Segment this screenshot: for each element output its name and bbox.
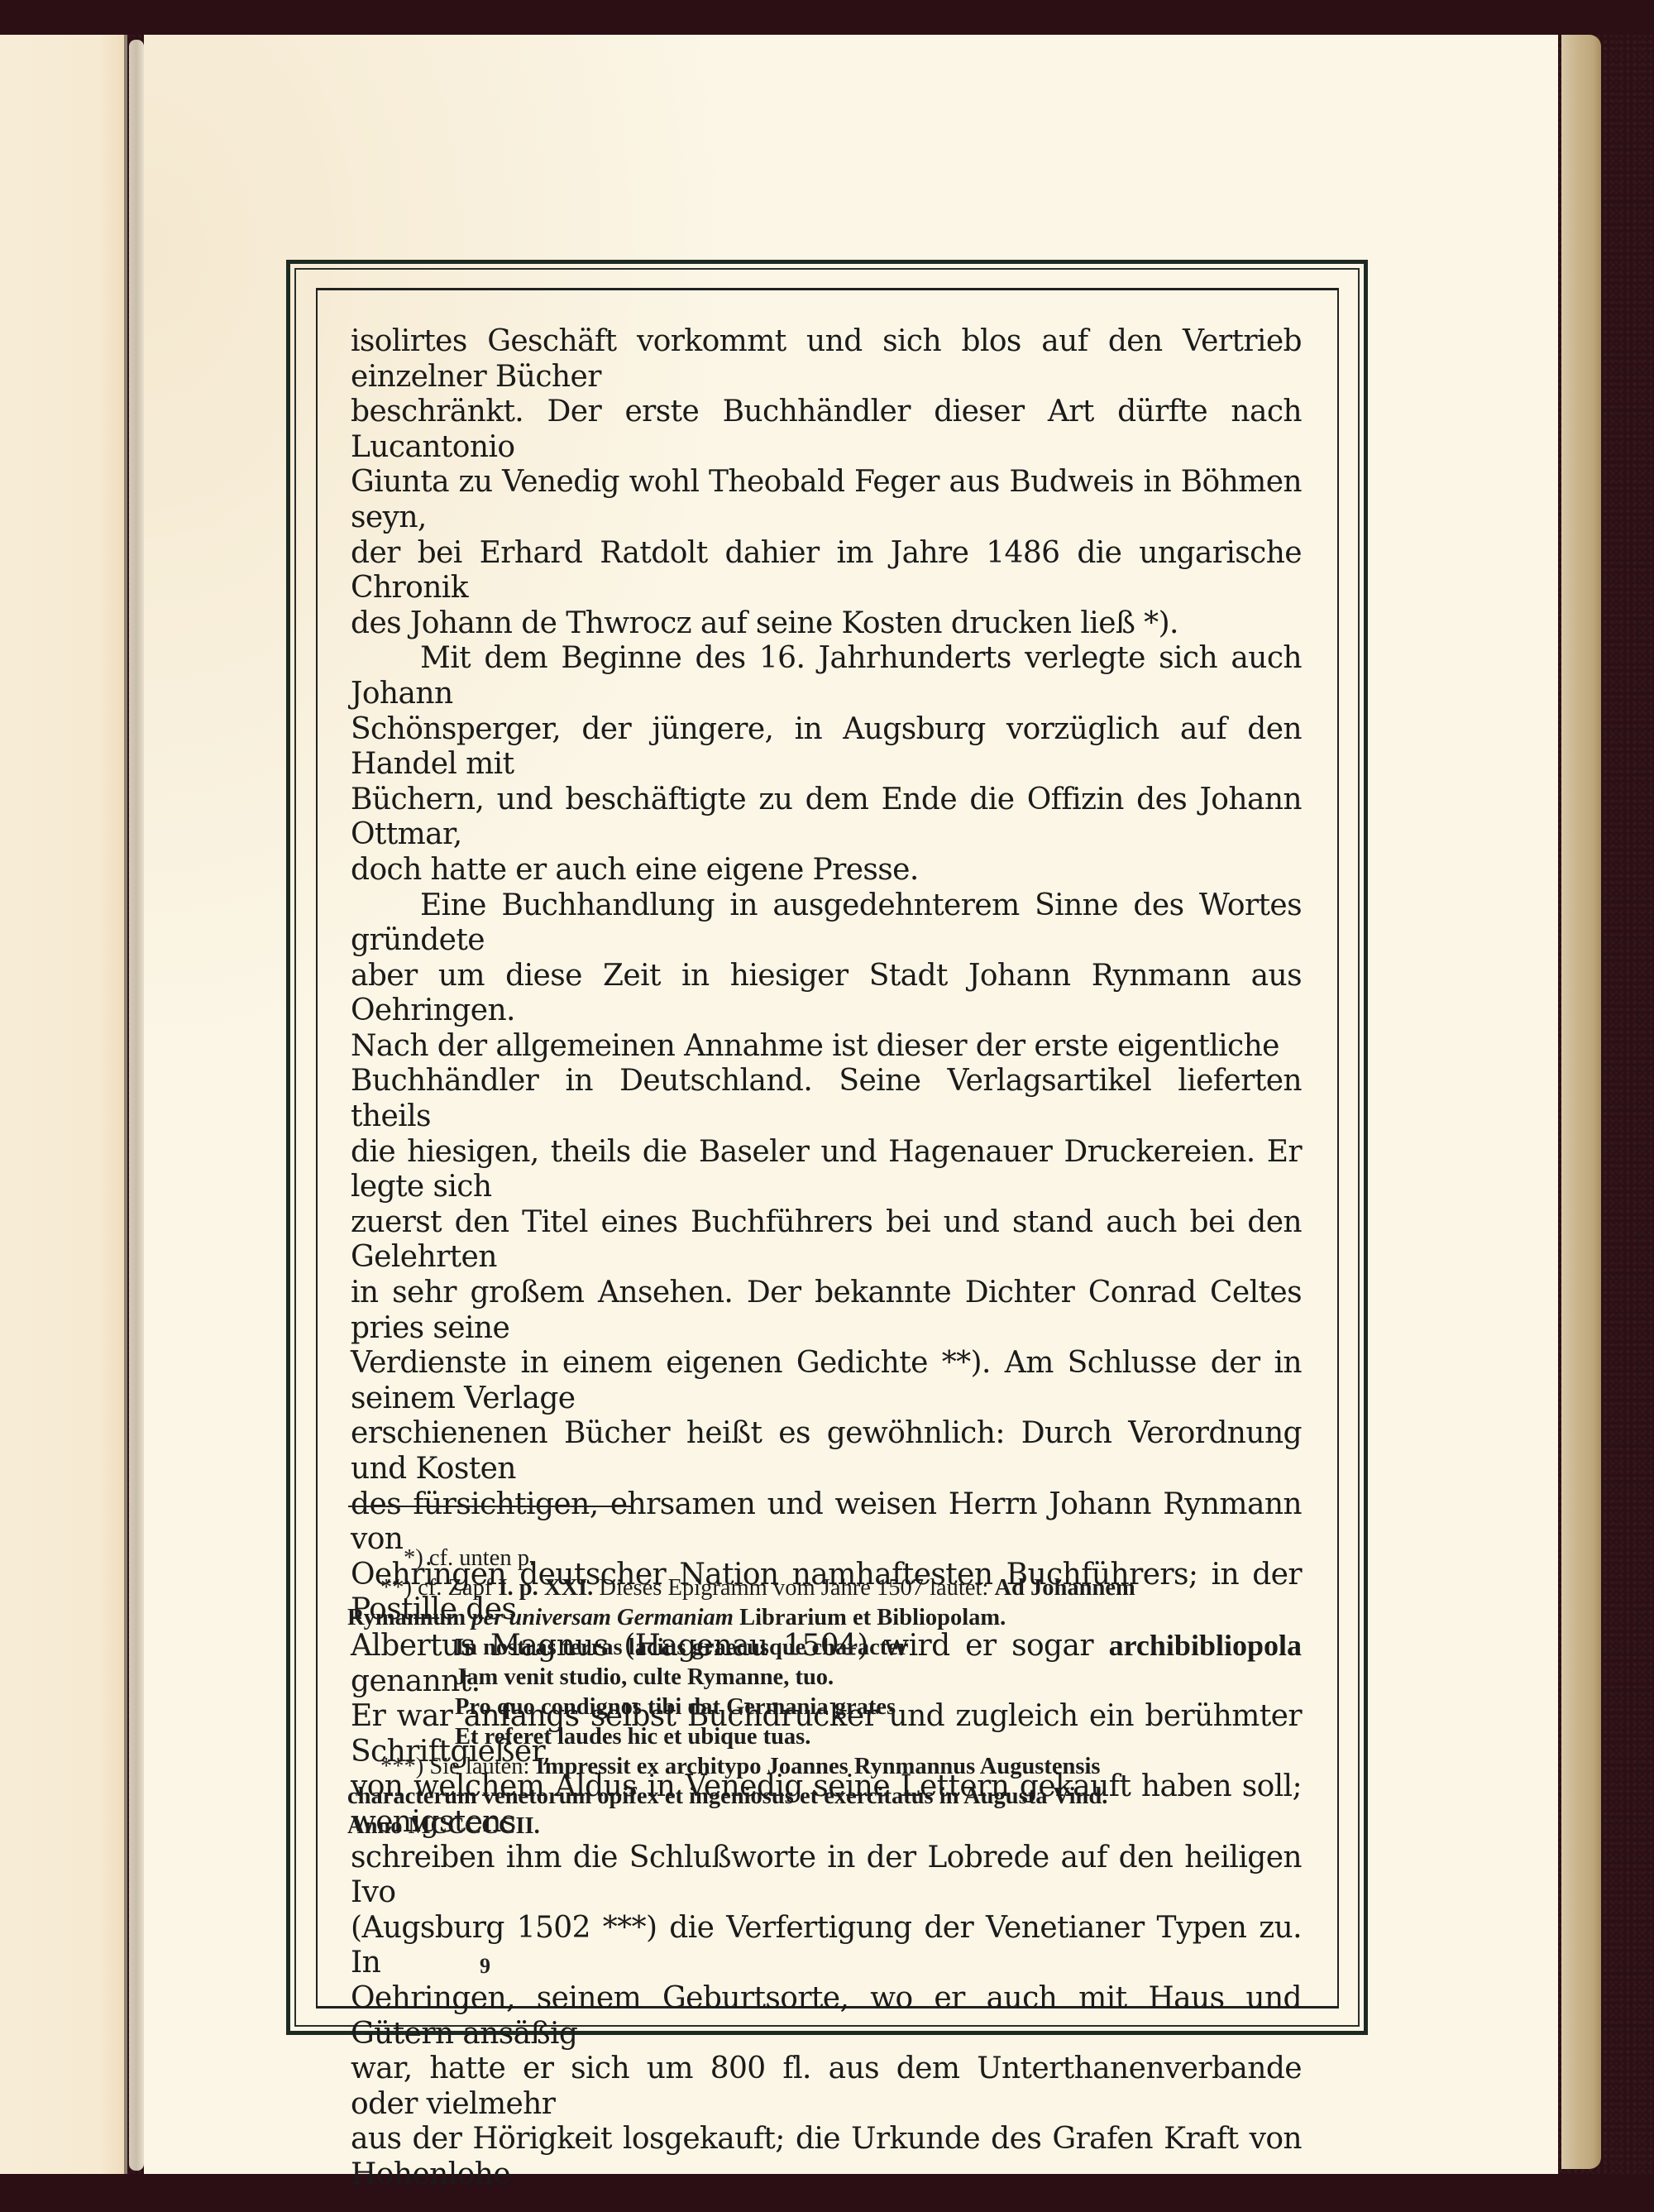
footnote-latin: Ad Johannem — [994, 1575, 1135, 1601]
line: Buchhändler in Deutschland. Seine Verlag… — [351, 1064, 1302, 1133]
footnote-2: **) cf. Zapf I. p. XXI. Dieses Epigramm … — [347, 1573, 1302, 1603]
footnote-latin-italic: per universam Germaniam — [471, 1605, 734, 1630]
facing-page-left — [0, 35, 124, 2174]
line: Schönsperger, der jüngere, in Augsburg v… — [351, 712, 1302, 782]
footnote-latin: Impressit ex architypo Joannes Rynmannus… — [536, 1754, 1101, 1779]
line: Eine Buchhandlung in ausgedehnterem Sinn… — [351, 888, 1302, 958]
verse-line: Et referet laudes hic et ubique tuas. — [347, 1722, 1302, 1752]
line: der bei Erhard Ratdolt dahier im Jahre 1… — [351, 536, 1302, 606]
verse-line: Jam venit studio, culte Rymanne, tuo. — [347, 1663, 1302, 1693]
footnote-german: Dieses Epigramm vom Jahre 1507 lautet: — [599, 1575, 988, 1601]
line: war, hatte er sich um 800 fl. aus dem Un… — [351, 2052, 1302, 2121]
footnote-marker: *) — [404, 1545, 423, 1571]
line: schreiben ihm die Schlußworte in der Lob… — [351, 1841, 1302, 1910]
line: erschienenen Bücher heißt es gewöhnlich:… — [351, 1416, 1302, 1486]
gutter-line — [124, 35, 127, 2174]
line: Giunta zu Venedig wohl Theobald Feger au… — [351, 465, 1302, 534]
page-edge-stack — [1561, 35, 1601, 2169]
footnote-text: cf. unten p. — [429, 1545, 535, 1571]
line: des Johann de Thwrocz auf seine Kosten d… — [351, 606, 1178, 640]
footnote-2-cont: Rymannum per universam Germaniam Librari… — [347, 1603, 1302, 1633]
verse-line: Pro quo condignos tibi dat Germania grat… — [347, 1693, 1302, 1722]
line: Nach der allgemeinen Annahme ist dieser … — [351, 1029, 1279, 1063]
footnote-german: Sie lauten: — [429, 1754, 529, 1779]
line: Mit dem Beginne des 16. Jahrhunderts ver… — [351, 641, 1302, 711]
line: beschränkt. Der erste Buchhändler dieser… — [351, 395, 1302, 464]
footnote-1: *) cf. unten p. — [347, 1544, 1302, 1573]
paragraph-1: isolirtes Geschäft vorkommt und sich blo… — [351, 324, 1302, 641]
footnote-latin: Rymannum — [347, 1605, 466, 1630]
paragraph-3: Eine Buchhandlung in ausgedehnterem Sinn… — [351, 888, 1302, 2193]
footnote-3: ***) Sie lauten: Impressit ex architypo … — [347, 1752, 1302, 1782]
footnote-3-cont: characterum venetorum opifex et ingenios… — [347, 1782, 1302, 1812]
gutter-shadow — [129, 40, 144, 2171]
line: Verdienste in einem eigenen Gedichte **)… — [351, 1346, 1302, 1415]
line: in sehr großem Ansehen. Der bekannte Dic… — [351, 1276, 1302, 1345]
footnote-latin: Librarium et Bibliopolam. — [739, 1605, 1006, 1630]
line: Büchern, und beschäftigte zu dem Ende di… — [351, 783, 1302, 852]
verse-line: In nostras terras lacius graecusque char… — [347, 1633, 1302, 1663]
footnote-rule — [348, 1506, 633, 1507]
line: aus der Hörigkeit losgekauft; die Urkund… — [351, 2122, 1302, 2191]
book-cover-top — [0, 0, 1654, 35]
line: zuerst den Titel eines Buchführers bei u… — [351, 1205, 1302, 1275]
body-text: isolirtes Geschäft vorkommt und sich blo… — [351, 324, 1302, 2192]
line: die hiesigen, theils die Baseler und Hag… — [351, 1135, 1302, 1204]
line: aber um diese Zeit in hiesiger Stadt Joh… — [351, 959, 1302, 1028]
paragraph-2: Mit dem Beginne des 16. Jahrhunderts ver… — [351, 641, 1302, 888]
footnotes: *) cf. unten p. **) cf. Zapf I. p. XXI. … — [347, 1544, 1302, 1841]
footnote-marker: ***) — [380, 1754, 423, 1779]
line: (Augsburg 1502 ***) die Verfertigung der… — [351, 1911, 1302, 1980]
footnote-3-cont: Anno MCCCCCII. — [347, 1812, 1302, 1841]
footnote-ref: I. p. XXI. — [498, 1575, 593, 1601]
footnote-marker: **) — [380, 1575, 412, 1601]
page-number: 9 — [480, 1954, 490, 1979]
line: doch hatte er auch eine eigene Presse. — [351, 853, 919, 887]
line: isolirtes Geschäft vorkommt und sich blo… — [351, 324, 1302, 394]
line: Oehringen, seinem Geburtsorte, wo er auc… — [351, 1981, 1302, 2051]
footnote-prefix: cf. Zapf — [418, 1575, 492, 1601]
